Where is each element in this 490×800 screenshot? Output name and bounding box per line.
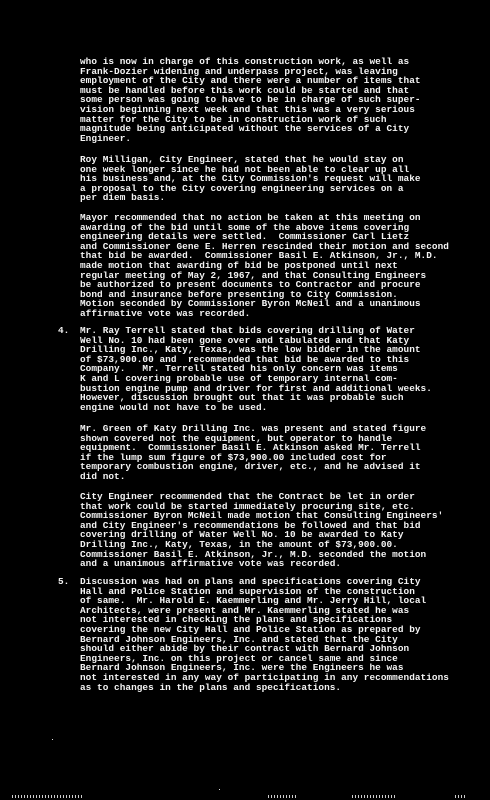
text-line: per diem basis.	[80, 193, 480, 203]
text-line: as to changes in the plans and specifica…	[80, 683, 480, 693]
text-line: magnitude being anticipated without the …	[80, 124, 480, 134]
text-line: Engineer.	[80, 134, 480, 144]
text-line: engine would not have to be used.	[80, 403, 480, 413]
scan-edge-noise	[352, 795, 397, 798]
paragraph-mayor-recommendation: Mayor recommended that no action be take…	[80, 213, 480, 319]
paragraph-item-5-city-hall-plans: Discussion was had on plans and specific…	[80, 577, 480, 692]
text-line: and a unanimous affirmative vote was rec…	[80, 559, 480, 569]
paragraph-item-4-water-well-bids: Mr. Ray Terrell stated that bids coverin…	[80, 326, 480, 412]
scan-edge-noise	[12, 795, 84, 798]
text-line: affirmative vote was recorded.	[80, 309, 480, 319]
text-line: did not.	[80, 472, 480, 482]
item-number-5: 5.	[58, 577, 69, 587]
paragraph-green-katy-drilling: Mr. Green of Katy Drilling Inc. was pres…	[80, 424, 480, 482]
paragraph-engineer-leaving: who is now in charge of this constructio…	[80, 57, 480, 143]
scan-speck	[219, 789, 220, 790]
scanned-document-page: who is now in charge of this constructio…	[0, 0, 490, 800]
scan-speck	[52, 739, 53, 740]
item-number-4: 4.	[58, 326, 69, 336]
scan-edge-noise	[268, 795, 298, 798]
paragraph-city-engineer-recommendation: City Engineer recommended that the Contr…	[80, 492, 480, 569]
scan-edge-noise	[455, 795, 465, 798]
paragraph-milligan: Roy Milligan, City Engineer, stated that…	[80, 155, 480, 203]
text-line: temporary combustion engine, driver, etc…	[80, 462, 480, 472]
